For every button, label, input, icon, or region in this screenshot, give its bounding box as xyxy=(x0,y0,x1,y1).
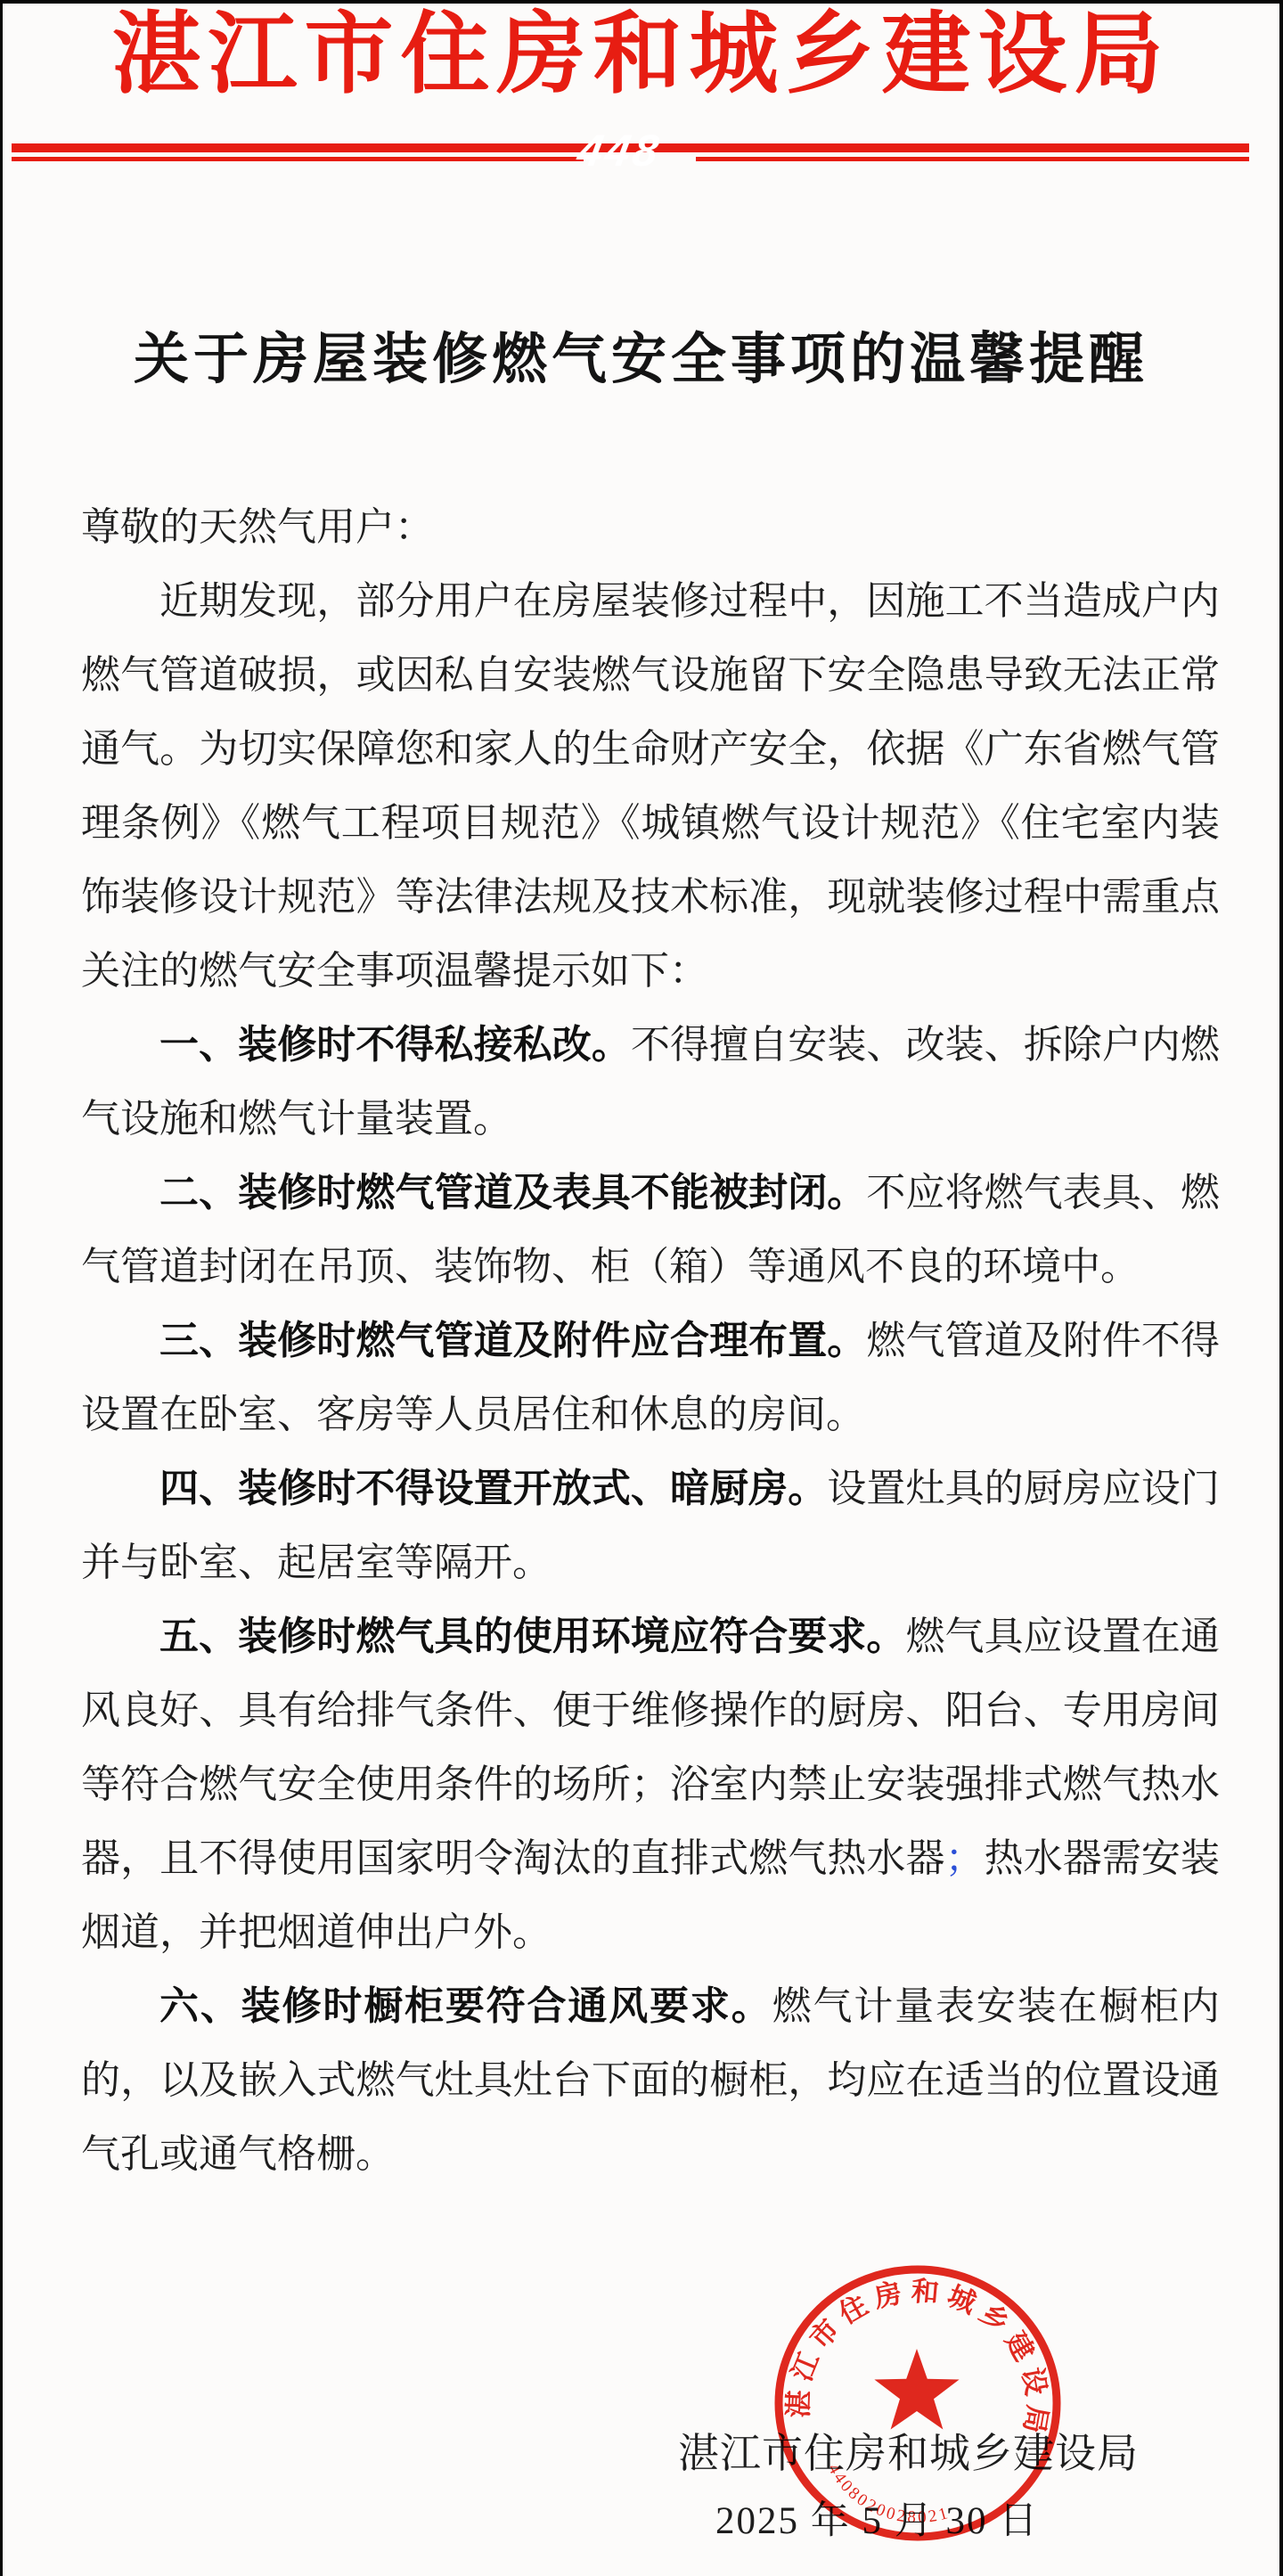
item-1: 一、装修时不得私接私改。不得擅自安装、改装、拆除户内燃气设施和燃气计量装置。 xyxy=(81,1008,1220,1156)
official-document-page: 湛江市住房和城乡建设局 448 关于房屋装修燃气安全事项的温馨提醒 尊敬的天然气… xyxy=(0,0,1283,2576)
item-4-lead: 四、装修时不得设置开放式、暗厨房。 xyxy=(159,1467,827,1510)
official-seal: 湛江市住房和城乡建设局 4408020028021 xyxy=(771,2261,1065,2545)
agency-masthead: 湛江市住房和城乡建设局 xyxy=(3,5,1279,105)
intro-paragraph: 近期发现，部分用户在房屋装修过程中，因施工不当造成户内燃气管道破损，或因私自安装… xyxy=(81,564,1220,1008)
document-title: 关于房屋装修燃气安全事项的温馨提醒 xyxy=(3,327,1279,393)
seal-star-icon xyxy=(874,2349,959,2430)
watermark-fragment: 448 xyxy=(575,128,665,173)
item-2: 二、装修时燃气管道及表具不能被封闭。不应将燃气表具、燃气管道封闭在吊顶、装饰物、… xyxy=(81,1156,1220,1304)
item-6: 六、装修时橱柜要符合通风要求。燃气计量表安装在橱柜内的，以及嵌入式燃气灶具灶台下… xyxy=(81,1969,1220,2191)
item-5: 五、装修时燃气具的使用环境应符合要求。燃气具应设置在通风良好、具有给排气条件、便… xyxy=(81,1599,1220,1969)
item-3-lead: 三、装修时燃气管道及附件应合理布置。 xyxy=(159,1319,866,1362)
item-5-blue-semicolon: ； xyxy=(945,1836,985,1880)
item-1-lead: 一、装修时不得私接私改。 xyxy=(159,1023,631,1067)
item-4: 四、装修时不得设置开放式、暗厨房。设置灶具的厨房应设门并与卧室、起居室等隔开。 xyxy=(81,1452,1220,1599)
item-5-lead: 五、装修时燃气具的使用环境应符合要求。 xyxy=(159,1615,905,1658)
item-3: 三、装修时燃气管道及附件应合理布置。燃气管道及附件不得设置在卧室、客房等人员居住… xyxy=(81,1304,1220,1452)
salutation: 尊敬的天然气用户： xyxy=(81,490,1220,564)
item-2-lead: 二、装修时燃气管道及表具不能被封闭。 xyxy=(159,1171,866,1214)
item-6-lead: 六、装修时橱柜要符合通风要求。 xyxy=(159,1984,772,2028)
document-body: 尊敬的天然气用户： 近期发现，部分用户在房屋装修过程中，因施工不当造成户内燃气管… xyxy=(81,490,1220,2191)
